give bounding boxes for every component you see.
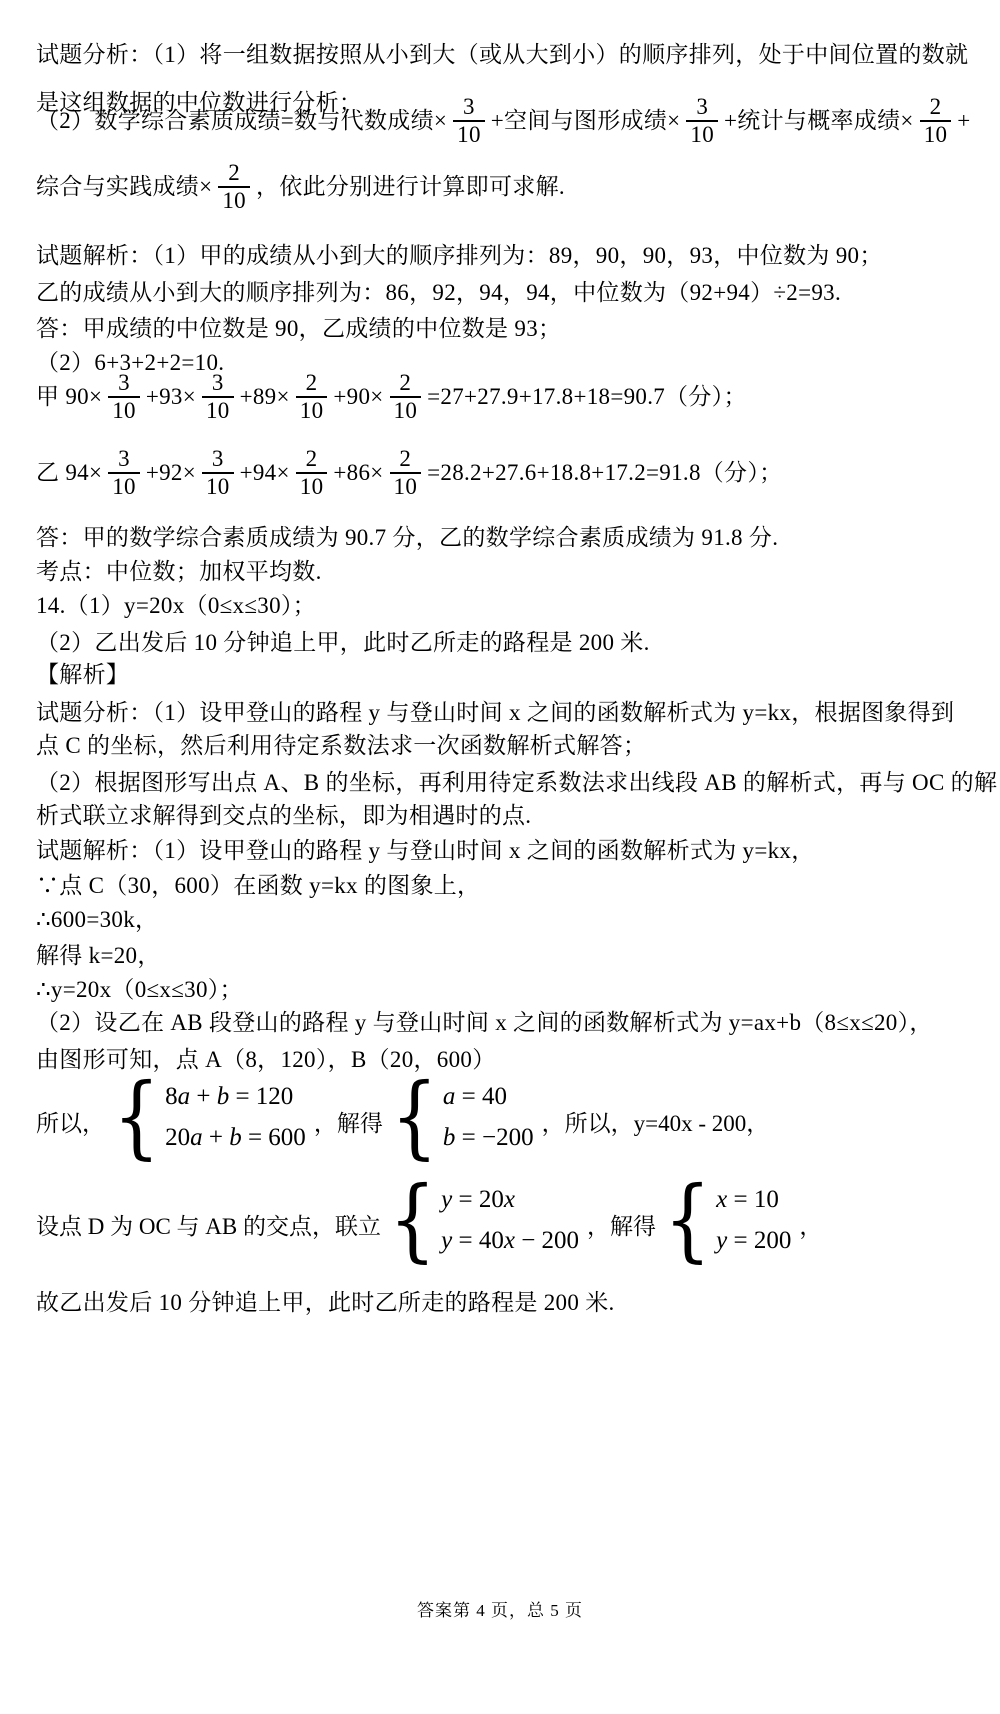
text-segment: =27+27.9+17.8+18=90.7（分）； bbox=[427, 382, 747, 412]
fraction-denominator: 10 bbox=[202, 396, 234, 424]
fraction-denominator: 10 bbox=[390, 396, 422, 424]
fraction-numerator: 2 bbox=[225, 160, 243, 186]
equation-row: b = −200 bbox=[443, 1124, 534, 1152]
text-segment: 甲 90× bbox=[36, 382, 102, 412]
text-segment: ，解得 bbox=[314, 1105, 383, 1154]
equation-system-line-2: 设点 D 为 OC 与 AB 的交点，联立 { y = 20x y = 40x … bbox=[36, 1183, 822, 1257]
fraction-denominator: 10 bbox=[296, 472, 328, 500]
fraction: 210 bbox=[390, 370, 422, 424]
text-segment: ，所以，y=40x - 200， bbox=[542, 1105, 770, 1154]
equation-system-line-1: 所以， { 8a + b = 120 20a + b = 600 ，解得 { a… bbox=[36, 1080, 769, 1154]
therefore-y20x-line: ∴y=20x（0≤x≤30）； bbox=[36, 975, 243, 1005]
text-segment: +94× bbox=[240, 458, 290, 488]
equation-row: y = 20x bbox=[441, 1186, 579, 1214]
equation-row: a = 40 bbox=[443, 1083, 534, 1111]
therefore-600-line: ∴600=30k， bbox=[36, 905, 158, 935]
fraction-denominator: 10 bbox=[108, 396, 140, 424]
text-segment: 乙 94× bbox=[36, 458, 102, 488]
text-segment: ， bbox=[799, 1208, 822, 1257]
equation-row: x = 10 bbox=[716, 1186, 791, 1214]
p14-analysis-line-3: （2）根据图形写出点 A、B 的坐标，再利用待定系数法求出线段 AB 的解析式，… bbox=[36, 768, 997, 798]
text-segment: +86× bbox=[333, 458, 383, 488]
fraction: 210 bbox=[218, 160, 250, 214]
analysis-header: 【解析】 bbox=[36, 660, 129, 690]
formula-line-jia-score: 甲 90× 310 +93× 310 +89× 210 +90× 210 =27… bbox=[36, 370, 747, 424]
p14-analysis-line-2: 点 C 的坐标，然后利用待定系数法求一次函数解析式解答； bbox=[36, 731, 646, 761]
fraction: 210 bbox=[296, 370, 328, 424]
answer-line-scores: 答：甲的数学综合素质成绩为 90.7 分，乙的数学综合素质成绩为 91.8 分. bbox=[36, 523, 778, 553]
fraction-denominator: 10 bbox=[390, 472, 422, 500]
answer-line-medians: 答：甲成绩的中位数是 90，乙成绩的中位数是 93； bbox=[36, 314, 561, 344]
system-rows: x = 10 y = 200 bbox=[716, 1186, 791, 1255]
fraction: 310 bbox=[108, 446, 140, 500]
document-page: 试题分析：（1）将一组数据按照从小到大（或从大到小）的顺序排列，处于中间位置的数… bbox=[0, 0, 1000, 1714]
fraction: 310 bbox=[686, 94, 718, 148]
solution-line-jia-order: 试题解析：（1）甲的成绩从小到大的顺序排列为：89，90，90，93，中位数为 … bbox=[36, 241, 883, 271]
fraction-numerator: 3 bbox=[115, 370, 133, 396]
text-segment: ，解得 bbox=[587, 1208, 656, 1257]
text-segment: +89× bbox=[240, 382, 290, 412]
fraction-numerator: 2 bbox=[396, 446, 414, 472]
equation-row: 20a + b = 600 bbox=[165, 1124, 306, 1152]
problem14-answer-2: （2）乙出发后 10 分钟追上甲，此时乙所走的路程是 200 米. bbox=[36, 628, 650, 658]
equation-row: y = 40x − 200 bbox=[441, 1227, 579, 1255]
fraction-numerator: 2 bbox=[927, 94, 945, 120]
fraction-denominator: 10 bbox=[218, 186, 250, 214]
fraction: 310 bbox=[108, 370, 140, 424]
fraction-denominator: 10 bbox=[202, 472, 234, 500]
fraction: 310 bbox=[202, 370, 234, 424]
formula-line-yi-score: 乙 94× 310 +92× 310 +94× 210 +86× 210 =28… bbox=[36, 446, 782, 500]
equation-system: { 8a + b = 120 20a + b = 600 bbox=[113, 1080, 306, 1154]
exam-points-line: 考点：中位数；加权平均数. bbox=[36, 557, 322, 587]
text-segment: =28.2+27.6+18.8+17.2=91.8（分）； bbox=[427, 458, 782, 488]
because-point-c-line: ∵点 C（30，600）在函数 y=kx 的图象上， bbox=[36, 871, 480, 901]
text-segment: + bbox=[957, 106, 970, 136]
fraction: 310 bbox=[202, 446, 234, 500]
left-brace: { bbox=[664, 1175, 711, 1265]
fraction: 210 bbox=[296, 446, 328, 500]
text-segment: 所以， bbox=[36, 1105, 105, 1154]
text-segment: （2）数学综合素质成绩=数与代数成绩× bbox=[36, 106, 447, 136]
text-segment: +统计与概率成绩× bbox=[724, 106, 914, 136]
fraction: 210 bbox=[920, 94, 952, 148]
text-segment: +空间与图形成绩× bbox=[491, 106, 681, 136]
fraction-numerator: 3 bbox=[460, 94, 478, 120]
fraction-numerator: 2 bbox=[303, 446, 321, 472]
p14-solution-line-1: 试题解析：（1）设甲登山的路程 y 与登山时间 x 之间的函数解析式为 y=kx… bbox=[36, 836, 815, 866]
system-rows: 8a + b = 120 20a + b = 600 bbox=[165, 1083, 306, 1152]
fraction-numerator: 2 bbox=[396, 370, 414, 396]
left-brace: { bbox=[391, 1072, 438, 1162]
page-footer: 答案第 4 页，总 5 页 bbox=[0, 1596, 1000, 1621]
fraction-denominator: 10 bbox=[920, 120, 952, 148]
left-brace: { bbox=[113, 1072, 160, 1162]
text-segment: 综合与实践成绩× bbox=[36, 172, 212, 202]
final-answer-line: 故乙出发后 10 分钟追上甲，此时乙所走的路程是 200 米. bbox=[36, 1288, 615, 1318]
fraction-denominator: 10 bbox=[453, 120, 485, 148]
fraction-numerator: 3 bbox=[209, 446, 227, 472]
fraction-denominator: 10 bbox=[686, 120, 718, 148]
equation-system: { x = 10 y = 200 bbox=[664, 1183, 791, 1257]
fraction-numerator: 3 bbox=[209, 370, 227, 396]
fraction-numerator: 3 bbox=[115, 446, 133, 472]
equation-system: { y = 20x y = 40x − 200 bbox=[389, 1183, 579, 1257]
fraction: 310 bbox=[453, 94, 485, 148]
fraction-denominator: 10 bbox=[296, 396, 328, 424]
p14-part2-setup-line: （2）设乙在 AB 段登山的路程 y 与登山时间 x 之间的函数解析式为 y=a… bbox=[36, 1008, 933, 1038]
text-segment: +92× bbox=[146, 458, 196, 488]
text-segment: +90× bbox=[333, 382, 383, 412]
analysis-line-1: 试题分析：（1）将一组数据按照从小到大（或从大到小）的顺序排列，处于中间位置的数… bbox=[36, 40, 968, 70]
system-rows: a = 40 b = −200 bbox=[443, 1083, 534, 1152]
fraction: 210 bbox=[390, 446, 422, 500]
formula-line-weights-2: 综合与实践成绩× 210 ，依此分别进行计算即可求解. bbox=[36, 160, 565, 214]
system-rows: y = 20x y = 40x − 200 bbox=[441, 1186, 579, 1255]
problem14-answer-1: 14.（1）y=20x（0≤x≤30）； bbox=[36, 591, 316, 621]
p14-analysis-line-4: 析式联立求解得到交点的坐标，即为相遇时的点. bbox=[36, 801, 531, 831]
text-segment: +93× bbox=[146, 382, 196, 412]
left-brace: { bbox=[389, 1175, 436, 1265]
fraction-denominator: 10 bbox=[108, 472, 140, 500]
equation-system: { a = 40 b = −200 bbox=[391, 1080, 534, 1154]
p14-analysis-line-1: 试题分析：（1）设甲登山的路程 y 与登山时间 x 之间的函数解析式为 y=kx… bbox=[36, 698, 954, 728]
fraction-numerator: 2 bbox=[303, 370, 321, 396]
text-segment: ，依此分别进行计算即可求解. bbox=[256, 172, 565, 202]
equation-row: y = 200 bbox=[716, 1227, 791, 1255]
formula-line-weights-1: （2）数学综合素质成绩=数与代数成绩× 310 +空间与图形成绩× 310 +统… bbox=[36, 94, 971, 148]
solution-line-yi-order: 乙的成绩从小到大的顺序排列为：86，92，94，94，中位数为（92+94）÷2… bbox=[36, 278, 841, 308]
fraction-numerator: 3 bbox=[693, 94, 711, 120]
solve-k-line: 解得 k=20， bbox=[36, 941, 161, 971]
text-segment: 设点 D 为 OC 与 AB 的交点，联立 bbox=[36, 1208, 381, 1257]
equation-row: 8a + b = 120 bbox=[165, 1083, 306, 1111]
